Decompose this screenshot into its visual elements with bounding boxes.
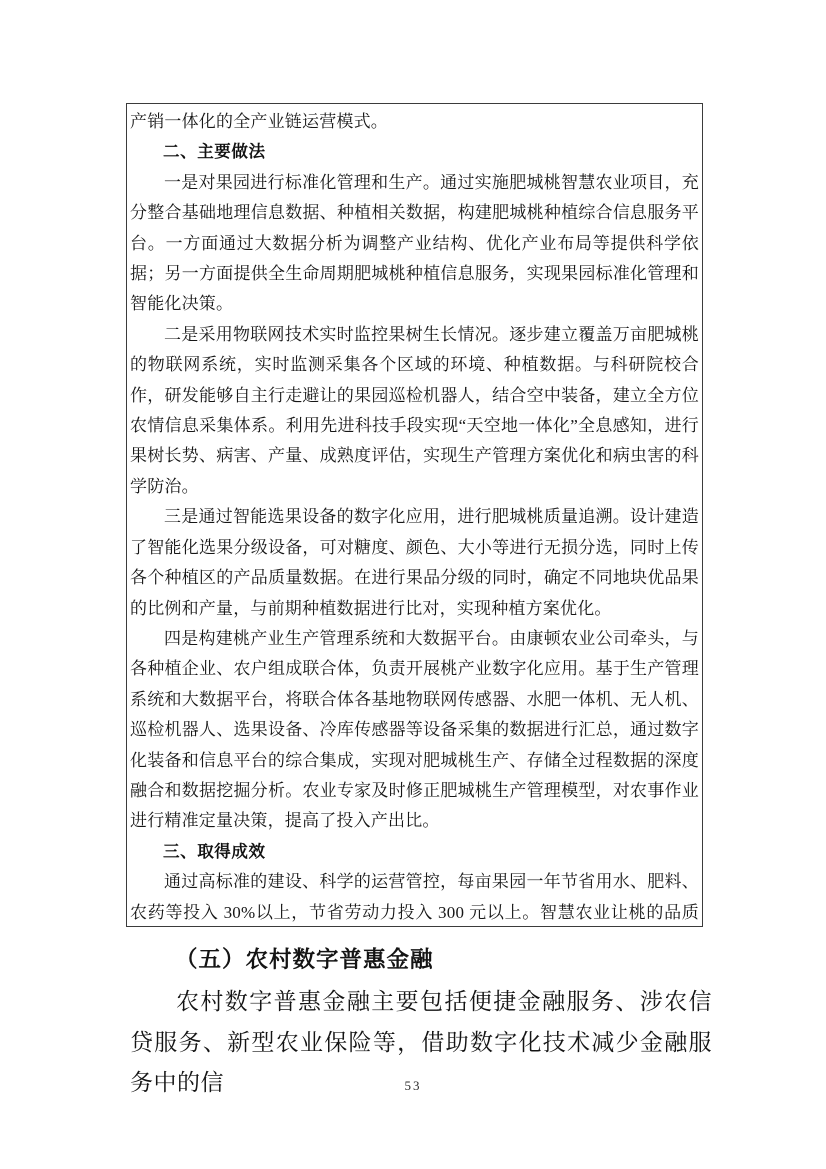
heading-achievements: 三、取得成效 <box>130 837 699 867</box>
paragraph-achievements: 通过高标准的建设、科学的运营管控，每亩果园一年节省用水、肥料、农药等投入 30%… <box>130 867 699 927</box>
heading-main-practices: 二、主要做法 <box>130 137 699 167</box>
paragraph-practice-3: 三是通过智能选果设备的数字化应用，进行肥城桃质量追溯。设计建造了智能化选果分级设… <box>130 502 699 624</box>
paragraph-practice-2: 二是采用物联网技术实时监控果树生长情况。逐步建立覆盖万亩肥城桃的物联网系统，实时… <box>130 320 699 502</box>
bordered-content-cell: 产销一体化的全产业链运营模式。 二、主要做法 一是对果园进行标准化管理和生产。通… <box>126 103 703 927</box>
paragraph-practice-1: 一是对果园进行标准化管理和生产。通过实施肥城桃智慧农业项目，充分整合基础地理信息… <box>130 168 699 320</box>
document-page: 产销一体化的全产业链运营模式。 二、主要做法 一是对果园进行标准化管理和生产。通… <box>0 0 826 1169</box>
page-number: 53 <box>0 1078 826 1094</box>
paragraph-continuation: 产销一体化的全产业链运营模式。 <box>130 107 699 137</box>
section-heading: （五）农村数字普惠金融 <box>130 943 712 977</box>
paragraph-practice-4: 四是构建桃产业生产管理系统和大数据平台。由康顿农业公司牵头，与各种植企业、农户组… <box>130 624 699 837</box>
